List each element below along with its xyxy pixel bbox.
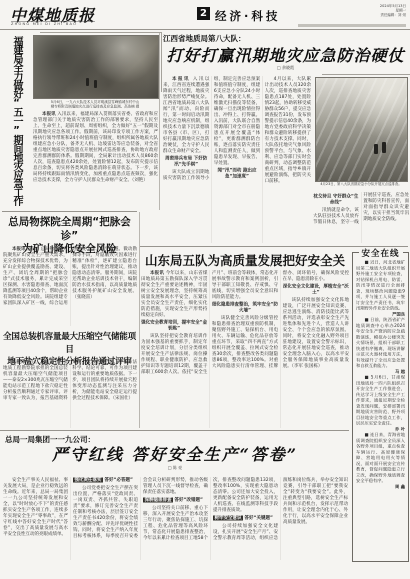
fujian-vertical-headline: 福建局全力做好“五一”期间地灾应急工作 [2,36,31,211]
wutan-headline-line1: 总局物探院全周期“把脉会诊” [2,216,137,243]
yanxue-body: 本报讯 近日，由山东省鲁南地质工程勘察院承担的全国总装机容量最大压缩空气储能项目… [3,359,137,428]
shandong-paragraph-3: 该队持续加强安全文化阵地建设，广泛开展安全知识竞赛、应急逃生演练、消防技能比武等… [283,297,349,369]
wutan-body: 本报讯 近日，总局物探研究院聚焦矿山安全生产重大需求，充分发挥综合物探技术优势，… [3,246,137,326]
shandong-lead: 本报讯 [150,271,164,276]
shandong-subhead-2: 细化隐患排查整治，筑牢安全“防火墙” [212,302,278,314]
date-block: 2024年5月13日 星期一 责任编辑：刘 烜 [300,4,406,18]
section-title: 经济·科技 [215,8,280,24]
brief-text: ■ 日前，陕西省矿产地质调查中心举办2024年安全生产暨消防应急疏散演练，模拟办… [356,318,405,369]
yanxue-body-text: 近日，由山东省鲁南地质工程勘察院承担的全国总装机容量最大压缩空气储能项目——泰安… [3,360,137,401]
jiangxi-photo-caption: 4月23日，第八大队汛期应急小分队开展灾点巡排查。 [313,182,409,186]
divider-left-1 [2,211,137,212]
person-figure [374,144,378,154]
shandong-subhead-1: 强化安全教育培训，握牢安全“金钥匙” [141,320,207,332]
jiangxi-headline: 打好打赢汛期地灾应急防治硬仗 [163,43,408,66]
bottom-intro: 安全生产事关人民福祉、事关发展大局，是企业行稳致远的生命线。近年来，总局一局集团… [3,477,68,537]
jiangxi-subhead-1: 周密排兵布局 下好防汛“先手棋” [163,156,209,168]
yanxue-lead: 本报讯 [12,360,26,365]
bottom-headline: 严守红线 答好安全生产“答卷” [0,442,350,465]
shandong-intro: 今年以来，山东省煤田地质局第五勘探队深入学习贯彻安全生产重要论述精神，牢固树立安… [141,271,207,318]
fujian-photo-caption: 5月6日，一九六大队技术人员对明溪县雪峰镇城东村中山 梯寺桥附近崩塌地灾点进行巡… [33,100,157,109]
column-rule-left [159,33,160,210]
safety-online-box: 安全在线 ■ 近日，河北省地矿局第二地质大队组织开展野外施工安全专项检查，对钻探… [352,252,409,562]
yanxue-headline-line1: 全国总装机容量最大压缩空气储能项目 [2,331,137,356]
bottom-subhead-1: 强化责任落实答好“必答题” [73,477,138,483]
brief-author: 周 鑫 [356,484,405,490]
bottom-body: 安全生产事关人民福祉、事关发展大局，是企业行稳致远的生命线。近年来，总局一局集团… [3,477,348,560]
reversed-label: 强化责任落实 [73,478,103,483]
jiangxi-body-under-photo: 枕戈待旦 守好群众“生命线” 汛情就是命令。该大队驻县技术人员放弃节假日休息，坚… [313,192,409,243]
jiangxi-lead: 本报讯 [172,77,190,82]
caption-line-2: 梯寺桥附近崩塌地灾点进行巡排查及应急监测。高浩楠 摄 [33,105,157,110]
news-brief: ■ 连日来，青海省地质调查院组织安全员深入各野外项目组，重点检查车辆运行、高原健… [356,433,405,491]
jiangxi-subhead-3: 枕戈待旦 守好群众“生命线” [313,194,359,206]
person-figure [94,80,97,88]
editor-line: 责任编辑：刘 烜 [300,13,406,18]
subhead-rest: 答好“必答题” [105,478,133,483]
jiangxi-subhead-2: 闻“汛”而动 跑出应急“加速度” [214,168,260,180]
column-rule-mid [139,212,140,428]
shandong-body: 本报讯 今年以来，山东省煤田地质局第五勘探队深入学习贯彻安全生产重要论述精神，牢… [141,270,349,428]
jiangxi-byline: □ 余晓霞 [163,65,408,71]
safety-online-items: ■ 近日，河北省地矿局第二地质大队组织开展野外施工安全专项检查，对钻探机台用电、… [356,260,405,554]
shandong-subhead-3: 深化安全文化建设，厚植安全“沃土” [283,284,349,296]
divider-bottom [0,430,349,431]
bottom-subhead-2: 深耕隐患排查答好“改错题” [143,497,208,503]
brief-text: ■ 近日，河北省地矿局第二地质大队组织开展野外施工安全专项检查，对钻探机台用电、… [356,260,405,311]
wutan-lead: 本报讯 [12,247,26,252]
newspaper-page: 中煤地质报 ZHONG MEI DI ZHI BAO 2 经济·科技 2024年… [0,0,410,579]
bottom-byline: □ 陈 亮 [0,465,350,471]
header-accent-bar [298,24,406,27]
news-brief: ■ 日前，陕西省矿产地质调查中心举办2024年安全生产暨消防应急疏散演练，模拟办… [356,318,405,376]
person-figure [382,142,386,153]
header-rule [0,29,410,30]
safety-online-title: 安全在线 [358,247,402,259]
bottom-subhead-3: 树牢安全意识答好“关键题” [213,515,278,521]
jiangxi-intro: 入汛以来，江西省连续遭遇强降雨天气过程，地质灾害防治形势严峻复杂。江西省地质局第… [163,77,209,154]
landslide-photo [33,35,159,99]
person-figure [86,78,89,86]
fujian-body: 本报讯 入汛以来，福建局深入贯彻落实省委、省政府和应急管理部门关于地质灾害防治工… [33,111,158,209]
brief-text: ■ 5月6日，甘肃煤田地质局一四六队组织召开安全生产工作推进会，传达学习上级安全… [356,375,405,426]
subhead-rest: 答好“关键题” [245,516,273,521]
brief-text: ■ 连日来，青海省地质调查院组织安全员深入各野外项目组，重点检查车辆运行、高原健… [356,433,405,484]
fujian-lead: 本报讯 [42,112,56,117]
masthead-pinyin: ZHONG MEI DI ZHI BAO [11,21,95,26]
fujian-body-text: 入汛以来，福建局深入贯彻落实省委、省政府和应急管理部门关于地质灾害防治工作的部署… [33,112,158,183]
reversed-label: 树牢安全意识 [213,516,243,521]
page-number-badge: 2 [197,7,210,20]
news-brief: ■ 近日，河北省地矿局第二地质大队组织开展野外施工安全专项检查，对钻探机台用电、… [356,260,405,318]
jiangxi-paragraph-3: 4月以来，大队累计出动技术人员320余人次，巡排查地质灾害隐患点187处，处置险… [265,76,311,184]
slope-inspection-photo [315,77,408,182]
news-brief: ■ 5月6日，甘肃煤田地质局一四六队组织召开安全生产工作推进会，传达学习上级安全… [356,375,405,433]
reversed-label: 深耕隐患排查 [143,498,173,503]
jiangxi-body-main: 本报讯 入汛以来，江西省连续遭遇强降雨天气过程，地质灾害防治形势严峻复杂。江西省… [163,76,311,243]
subhead-rest: 答好“改错题” [175,498,203,503]
wutan-body-text: 近日，总局物探研究院聚焦矿山安全生产重大需求，充分发挥综合物探技术优势，为矿山企… [3,247,137,306]
shandong-headline: 山东局五队为高质量发展把好安全关 [141,251,349,269]
masthead-pinyin-wrap: ZHONG MEI DI ZHI BAO [11,21,96,26]
